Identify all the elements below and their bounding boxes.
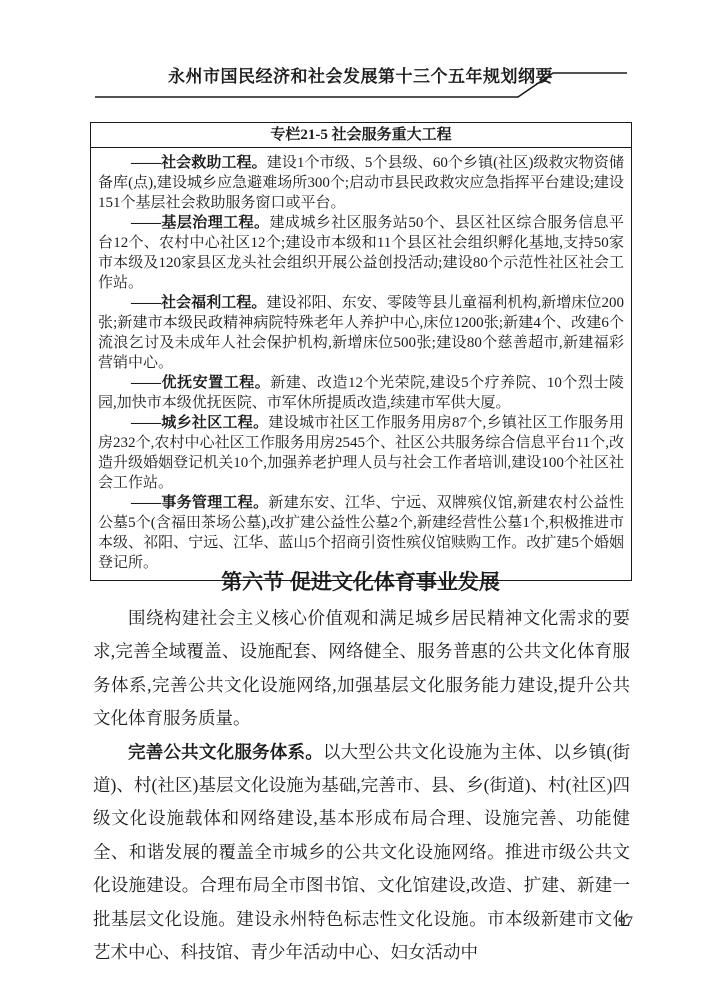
body-paragraph-lead: 完善公共文化服务体系。: [128, 742, 323, 762]
panel-paragraph-lead: ——社会救助工程。: [131, 155, 267, 171]
panel-paragraph-lead: ——城乡社区工程。: [131, 415, 268, 431]
body-paragraph-text: 围绕构建社会主义核心价值观和满足城乡居民精神文化需求的要求,完善全域覆盖、设施配…: [93, 608, 630, 728]
panel-paragraph-lead: ——优抚安置工程。: [131, 375, 270, 391]
body-paragraph: 围绕构建社会主义核心价值观和满足城乡居民精神文化需求的要求,完善全域覆盖、设施配…: [93, 602, 630, 736]
body-text: 围绕构建社会主义核心价值观和满足城乡居民精神文化需求的要求,完善全域覆盖、设施配…: [93, 602, 630, 969]
panel-paragraph: ——基层治理工程。建成城乡社区服务站50个、县区社区综合服务信息平台12个、农村…: [98, 213, 624, 293]
panel-paragraph: ——社会救助工程。建设1个市级、5个县级、60个乡镇(社区)级救灾物资储备库(点…: [98, 153, 624, 213]
page-number: 97: [618, 914, 633, 931]
panel-paragraph: ——优抚安置工程。新建、改造12个光荣院,建设5个疗养院、10个烈士陵园,加快市…: [98, 373, 624, 413]
panel-paragraph-lead: ——事务管理工程。: [131, 495, 268, 511]
panel-title: 专栏21-5 社会服务重大工程: [91, 123, 631, 148]
panel-paragraph: ——社会福利工程。建设祁阳、东安、零陵等县儿童福利机构,新增床位200张;新建市…: [98, 293, 624, 373]
body-paragraph: 完善公共文化服务体系。以大型公共文化设施为主体、以乡镇(街道)、村(社区)基层文…: [93, 736, 630, 970]
panel-paragraph: ——城乡社区工程。建设城市社区工作服务用房87个,乡镇社区工作服务用房232个,…: [98, 413, 624, 493]
body-paragraph-text: 以大型公共文化设施为主体、以乡镇(街道)、村(社区)基层文化设施为基础,完善市、…: [93, 742, 630, 962]
panel-paragraph-lead: ——社会福利工程。: [131, 295, 266, 311]
panel-box: 专栏21-5 社会服务重大工程 ——社会救助工程。建设1个市级、5个县级、60个…: [90, 122, 632, 581]
panel-body: ——社会救助工程。建设1个市级、5个县级、60个乡镇(社区)级救灾物资储备库(点…: [91, 148, 631, 580]
panel-paragraph: ——事务管理工程。新建东安、江华、宁远、双牌殡仪馆,新建农村公益性公墓5个(含福…: [98, 493, 624, 573]
panel-paragraph-lead: ——基层治理工程。: [131, 215, 269, 231]
document-page: 永州市国民经济和社会发展第十三个五年规划纲要 专栏21-5 社会服务重大工程 —…: [0, 0, 721, 1005]
section-heading: 第六节 促进文化体育事业发展: [0, 566, 721, 596]
header-rule: [0, 60, 721, 105]
